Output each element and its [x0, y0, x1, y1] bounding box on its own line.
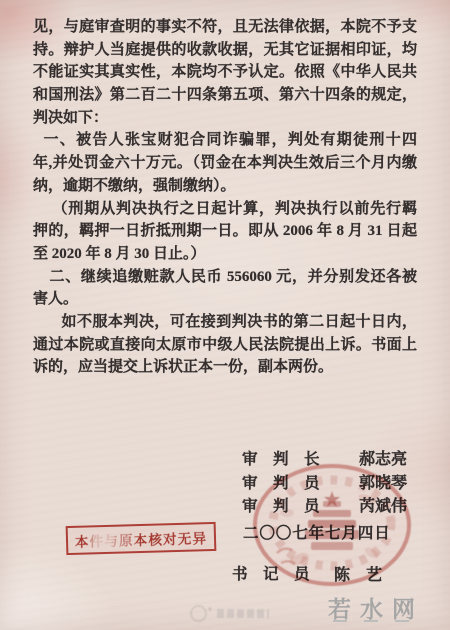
- scanned-court-judgment-page: 见，与庭审查明的事实不符，且无法律依据，本院不予支持。辩护人当庭提供的收款收据，…: [0, 0, 450, 630]
- body-line: 押的，羁押一日折抵刑期一日。即从 2006 年 8 月 31 日起: [33, 220, 417, 243]
- body-line: 和国刑法》第二百二十四条第五项、第六十四条的规定，: [33, 84, 417, 107]
- watermark-underline-dashes: [333, 620, 425, 622]
- body-line: 判决如下：: [33, 107, 417, 130]
- body-line: 年,并处罚金六十万元。（罚金在本判决生效后三个月内缴: [33, 152, 417, 175]
- body-line: 至 2020 年 8 月 30 日止。）: [33, 243, 417, 266]
- body-line: 通过本院或直接向太原市中级人民法院提出上诉。书面上: [33, 334, 417, 357]
- press-logo-icon: [190, 605, 207, 622]
- press-logo-dot: [208, 607, 212, 611]
- court-seal: [247, 461, 417, 595]
- judgment-body-text: 见，与庭审查明的事实不符，且无法律依据，本院不予支持。辩护人当庭提供的收款收据，…: [33, 16, 417, 379]
- press-logo-blurred-text: [217, 609, 269, 618]
- body-line: 不能证实其真实性，本院均不予认定。依照《中华人民共: [33, 61, 417, 84]
- body-line: 如不服本判决，可在接到判决书的第二日起十日内，: [33, 311, 417, 334]
- body-line: 纳，逾期不缴纳，强制缴纳）。: [33, 175, 417, 198]
- body-line: （刑期从判决执行之日起计算，判决执行以前先行羁: [33, 198, 417, 221]
- body-line: 害人。: [33, 288, 417, 311]
- body-line: 诉的，应当提交上诉状正本一份，副本两份。: [33, 356, 417, 379]
- body-line: 二、继续追缴赃款人民币 556060 元，并分别发还各被: [33, 266, 417, 289]
- body-line: 持。辩护人当庭提供的收款收据，无其它证据相印证，均: [33, 39, 417, 62]
- faint-press-logo: [190, 605, 269, 622]
- body-line: 见，与庭审查明的事实不符，且无法律依据，本院不予支: [33, 16, 417, 39]
- verification-stamp: 本件与原本核对无异: [66, 522, 217, 555]
- body-line: 一、被告人张宝财犯合同诈骗罪，判处有期徒刑十四: [33, 129, 417, 152]
- verification-stamp-text: 本件与原本核对无异: [75, 527, 208, 551]
